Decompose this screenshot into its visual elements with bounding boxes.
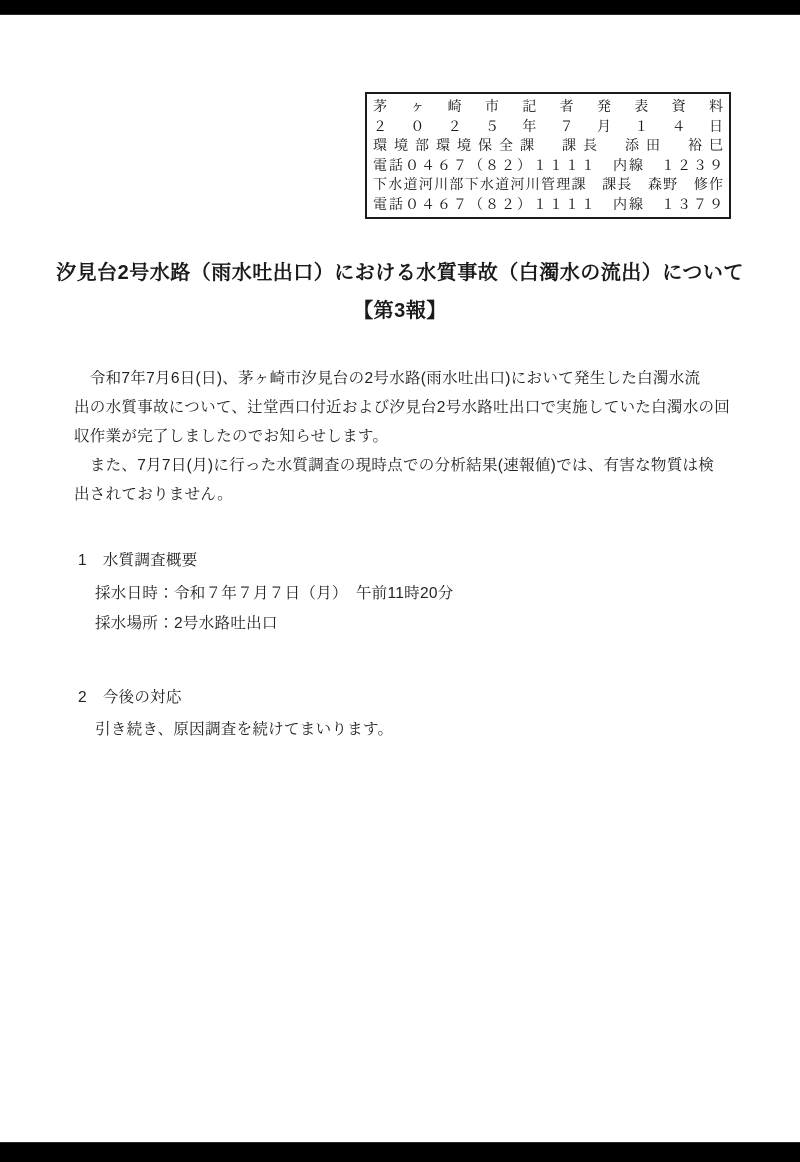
letterbox-top [0, 0, 800, 15]
press-box-line-division-1: 環境部環境保全課 課長 添田 裕巳 [373, 136, 723, 156]
document-title: 汐見台2号水路（雨水吐出口）における水質事故（白濁水の流出）について [0, 261, 800, 285]
press-box-line-date: ２０２５年７月１４日 [373, 117, 723, 137]
section-1-heading: 1 水質調査概要 [78, 550, 198, 572]
section-1-sampling-datetime: 採水日時：令和７年７月７日（月） 午前11時20分 [95, 583, 454, 605]
press-box-line-organization: 茅ヶ崎市記者発表資料 [373, 97, 723, 117]
section-2-heading: 2 今後の対応 [78, 687, 182, 709]
body-line: 出の水質事故について、辻堂西口付近および汐見台2号水路吐出口で実施していた白濁水… [74, 393, 734, 422]
section-1-sampling-location: 採水場所：2号水路吐出口 [95, 613, 278, 635]
body-line: 令和7年7月6日(日)、茅ヶ崎市汐見台の2号水路(雨水吐出口)において発生した白… [74, 364, 734, 393]
body-line: 収作業が完了しましたのでお知らせします。 [74, 422, 734, 451]
body-paragraphs: 令和7年7月6日(日)、茅ヶ崎市汐見台の2号水路(雨水吐出口)において発生した白… [74, 364, 734, 509]
letterbox-bottom [0, 1142, 800, 1162]
document-subtitle-report-number: 【第3報】 [0, 299, 800, 323]
press-box-line-phone-2: 電話０４６７（８２）１１１１ 内線 １３７９ [373, 195, 723, 215]
body-line: また、7月7日(月)に行った水質調査の現時点での分析結果(速報値)では、有害な物… [74, 451, 734, 480]
press-release-contact-box: 茅ヶ崎市記者発表資料 ２０２５年７月１４日 環境部環境保全課 課長 添田 裕巳 … [365, 92, 731, 219]
press-box-line-phone-1: 電話０４６７（８２）１１１１ 内線 １２３９ [373, 156, 723, 176]
press-box-line-division-2: 下水道河川部下水道河川管理課 課長 森野 修作 [373, 175, 723, 195]
section-2-future-response: 引き続き、原因調査を続けてまいります。 [95, 719, 393, 741]
body-line: 出されておりません。 [74, 480, 734, 509]
